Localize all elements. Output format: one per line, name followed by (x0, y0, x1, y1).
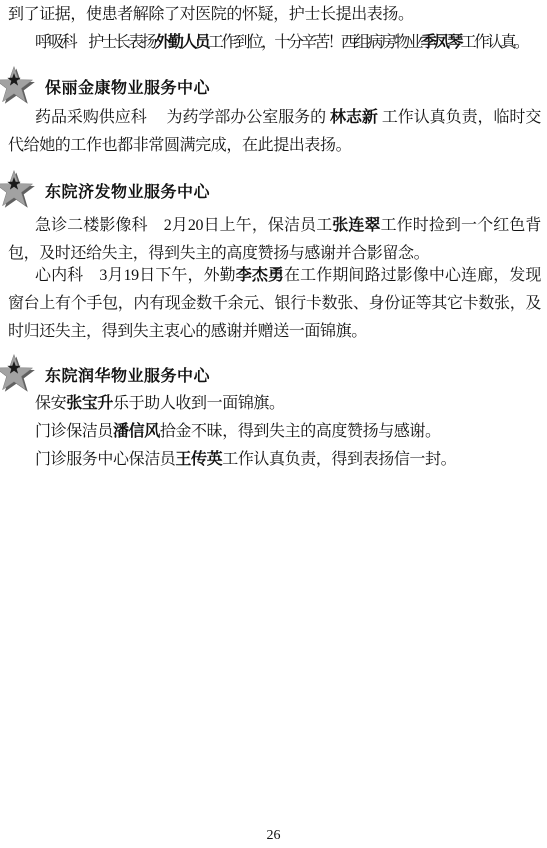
section-title: 东院润华物业服务中心 (45, 363, 210, 386)
text-segment: 到了证据，使患者解除了对医院的怀疑，护士长提出表扬。 (8, 6, 414, 23)
star-icon (0, 64, 40, 108)
highlighted-name: 张宝升 (66, 395, 113, 412)
section-header-baoli-jinkang: 保丽金康物业服务中心 (0, 64, 547, 108)
highlighted-name: 外勤人员 (155, 34, 208, 51)
highlighted-name: 林志新 (330, 109, 378, 126)
star-icon (0, 168, 40, 212)
highlighted-name: 潘信风 (113, 423, 160, 440)
paragraph-emergency-imaging: 急诊二楼影像科 2月20日上午，保洁员工张连翠工作时捡到一个红色背包，及时还给失… (8, 212, 541, 268)
text-segment: 拾金不昧，得到失主的高度赞扬与感谢。 (160, 423, 441, 440)
text-segment: 门诊保洁员 (35, 423, 113, 440)
document-page: 到了证据，使患者解除了对医院的怀疑，护士长提出表扬。 呼吸科 护士长表扬外勤人员… (0, 0, 547, 848)
section-title: 东院济发物业服务中心 (45, 179, 210, 202)
text-segment: 保安 (35, 395, 66, 412)
paragraph-service-center-cleaner: 门诊服务中心保洁员王传英工作认真负责，得到表扬信一封。 (8, 446, 456, 474)
text-segment: 心内科 3月19日下午，外勤 (35, 267, 236, 284)
paragraph-outpatient-cleaner: 门诊保洁员潘信风拾金不昧，得到失主的高度赞扬与感谢。 (8, 418, 441, 446)
paragraph-pharmacy-procurement: 药品采购供应科 为药学部办公室服务的 林志新 工作认真负责，临时交代给她的工作也… (8, 104, 541, 160)
text-segment: 药品采购供应科 为药学部办公室服务的 (35, 109, 330, 126)
section-title: 保丽金康物业服务中心 (45, 75, 210, 98)
text-segment: 门诊服务中心保洁员 (35, 451, 175, 468)
text-segment: 呼吸科 护士长表扬 (35, 34, 155, 51)
paragraph-cardiology: 心内科 3月19日下午，外勤李杰勇在工作期间路过影像中心连廊，发现窗台上有个手包… (8, 262, 541, 346)
text-segment: 工作认真。 (461, 34, 528, 51)
paragraph-respiratory-dept: 呼吸科 护士长表扬外勤人员工作到位，十分辛苦！西组病房物业季凤琴工作认真。 (8, 29, 527, 57)
section-header-dongyuan-jifa: 东院济发物业服务中心 (0, 168, 547, 212)
text-segment: 乐于助人收到一面锦旗。 (113, 395, 285, 412)
highlighted-name: 张连翠 (332, 217, 380, 234)
paragraph-security-guard: 保安张宝升乐于助人收到一面锦旗。 (8, 390, 285, 418)
text-segment: 急诊二楼影像科 2月20日上午，保洁员工 (35, 217, 332, 234)
highlighted-name: 季凤琴 (421, 34, 461, 51)
highlighted-name: 李杰勇 (236, 267, 284, 284)
text-segment: 工作到位，十分辛苦！西组病房物业 (208, 34, 421, 51)
highlighted-name: 王传英 (175, 451, 222, 468)
paragraph-intro-continuation: 到了证据，使患者解除了对医院的怀疑，护士长提出表扬。 (8, 1, 414, 29)
page-number: 26 (0, 828, 547, 844)
text-segment: 工作认真负责，得到表扬信一封。 (222, 451, 456, 468)
